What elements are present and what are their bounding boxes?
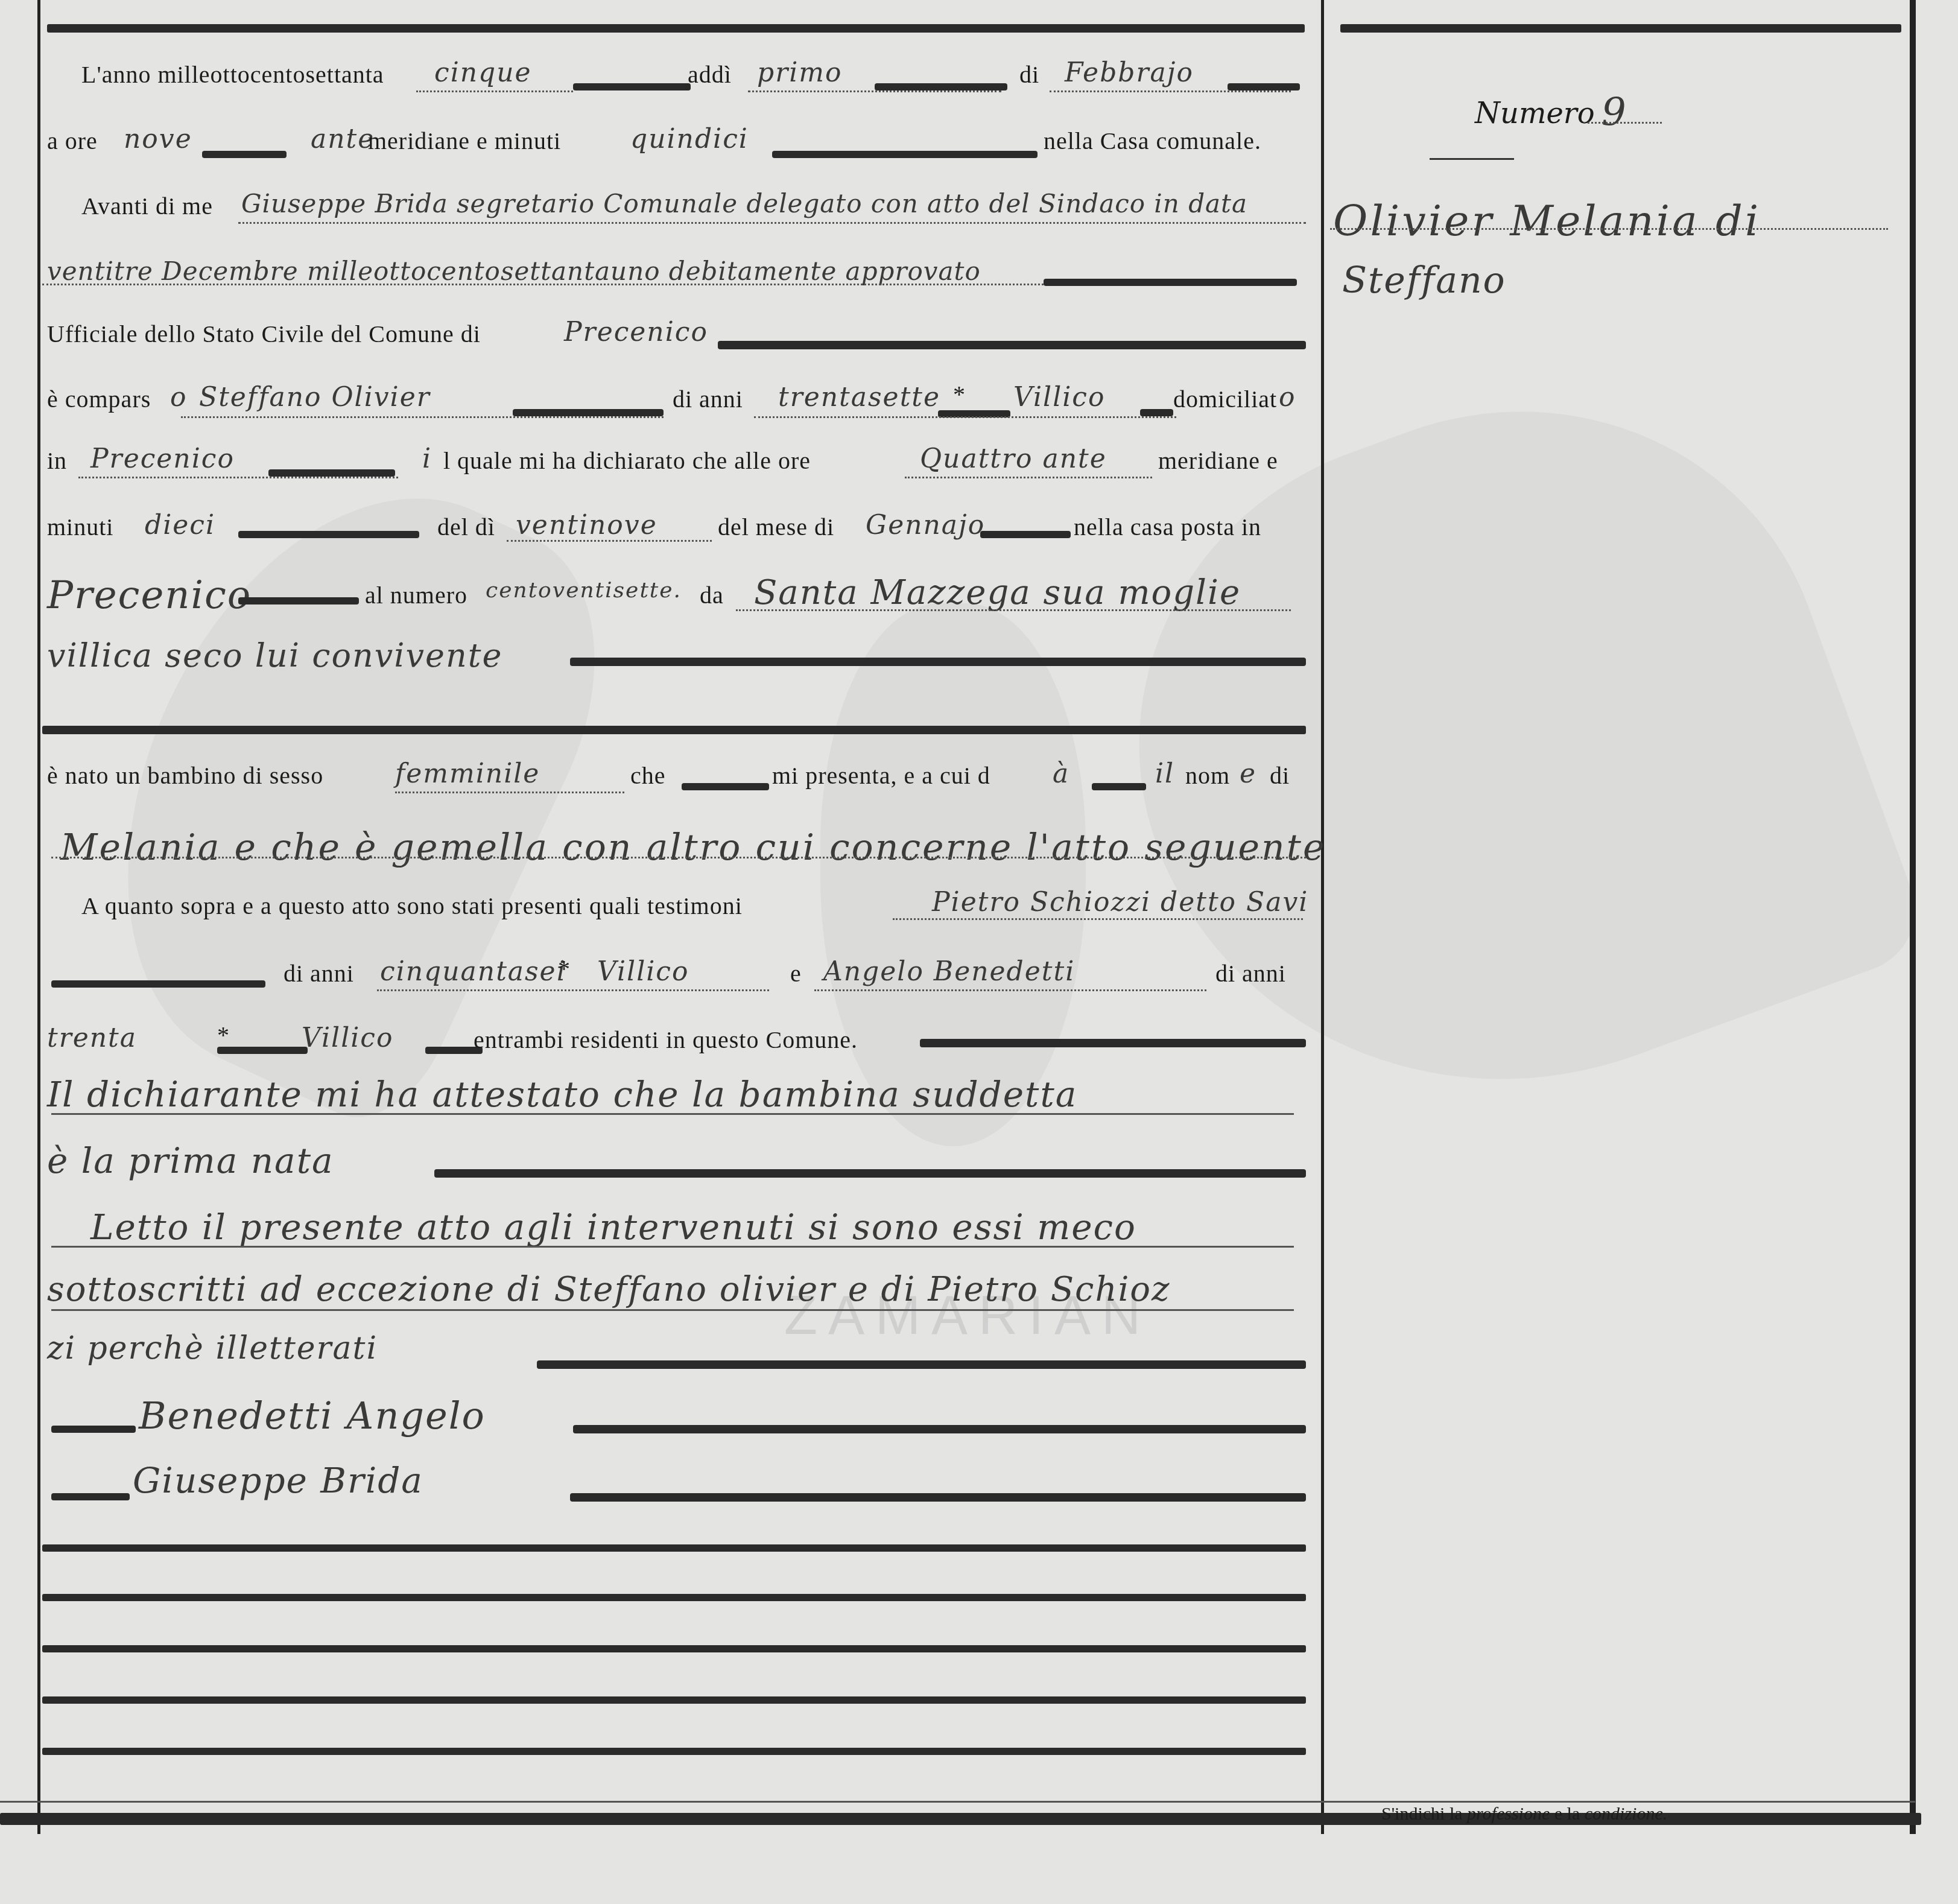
printed-entrambi: entrambi residenti in questo Comune. bbox=[474, 1026, 858, 1054]
hand-day: primo bbox=[757, 57, 842, 88]
fill-bar bbox=[1228, 83, 1300, 90]
printed-minuti: minuti bbox=[47, 513, 113, 541]
dotline bbox=[42, 284, 1044, 285]
footnote-part: e la bbox=[1554, 1804, 1580, 1824]
birth-record-page: ZAMARIAN L'anno milleottocentosettanta c… bbox=[0, 0, 1958, 1904]
hand-illetterati: zi perchè illetterati bbox=[47, 1330, 378, 1366]
hand-mother: Santa Mazzega sua moglie bbox=[754, 573, 1241, 612]
hand-year: cinque bbox=[434, 57, 532, 88]
footnote-part: S'indichi la bbox=[1381, 1804, 1463, 1824]
fill-bar bbox=[682, 783, 769, 790]
printed-addi: addì bbox=[688, 60, 732, 89]
dotline bbox=[395, 792, 624, 793]
dotline bbox=[238, 222, 1306, 224]
fill-bar bbox=[570, 1493, 1306, 1502]
hand-suffix2: o bbox=[1279, 382, 1296, 413]
numero-value: 9 bbox=[1602, 90, 1627, 135]
hand-hour: nove bbox=[124, 124, 192, 154]
hand-witness-2-age: trenta bbox=[47, 1023, 137, 1053]
fill-bar bbox=[51, 980, 265, 988]
printed-e: e bbox=[790, 959, 802, 988]
printed-di-anni-3: di anni bbox=[1215, 959, 1286, 988]
hand-sottoscritti: sottoscritti ad eccezione di Steffano ol… bbox=[47, 1270, 1171, 1309]
printed-del-mese: del mese di bbox=[718, 513, 834, 541]
fill-bar bbox=[920, 1039, 1306, 1047]
fill-bar bbox=[1140, 409, 1173, 416]
ruled-line bbox=[51, 1113, 1294, 1115]
empty-ruled-line bbox=[42, 1544, 1306, 1552]
fill-bar bbox=[1044, 279, 1297, 286]
hand-il: i bbox=[422, 443, 432, 474]
top-rule-left bbox=[47, 24, 1305, 33]
dotline bbox=[1050, 90, 1291, 92]
dotline bbox=[416, 90, 573, 92]
hand-witness-2: Angelo Benedetti bbox=[823, 956, 1075, 987]
hand-child-name-line: Melania e che è gemella con altro cui co… bbox=[60, 827, 1326, 869]
hand-suffix: o bbox=[170, 382, 188, 413]
hand-witness-1-prof: Villico bbox=[597, 956, 689, 987]
ruled-line bbox=[51, 1246, 1294, 1248]
right-border bbox=[1910, 0, 1916, 1834]
fill-bar bbox=[875, 83, 1007, 90]
dotline bbox=[51, 857, 1306, 858]
fill-bar bbox=[772, 151, 1038, 158]
printed-ufficiale: Ufficiale dello Stato Civile del Comune … bbox=[47, 320, 481, 348]
dotline bbox=[893, 918, 1303, 920]
fill-bar bbox=[202, 151, 287, 158]
dotline bbox=[736, 609, 1291, 611]
hand-birth-minutes: dieci bbox=[145, 510, 215, 541]
signature-brida: Giuseppe Brida bbox=[133, 1460, 423, 1501]
printed-che: che bbox=[630, 761, 666, 790]
left-border bbox=[37, 0, 40, 1834]
printed-di-anni-2: di anni bbox=[284, 959, 354, 988]
footnote-star: * bbox=[217, 1021, 230, 1049]
dotline bbox=[1330, 228, 1888, 230]
fill-bar bbox=[537, 1360, 1306, 1369]
profession-footnote-text: S'indichi la professione e la condizione… bbox=[1381, 1804, 1667, 1824]
hand-ante: ante bbox=[311, 124, 375, 154]
empty-ruled-line bbox=[42, 1748, 1306, 1755]
top-rule-right bbox=[1340, 24, 1901, 33]
printed-avanti-di-me: Avanti di me bbox=[81, 192, 213, 220]
hand-house-number: centoventisette. bbox=[486, 578, 682, 603]
printed-di: di bbox=[1019, 60, 1039, 89]
printed-meridiane-e: meridiane e bbox=[1158, 446, 1278, 475]
printed-domiciliat: domiciliat bbox=[1173, 385, 1277, 413]
printed-del-di: del dì bbox=[437, 513, 495, 541]
dotline bbox=[754, 416, 1176, 418]
hand-witness-2-prof: Villico bbox=[302, 1023, 393, 1053]
ornament-divider bbox=[1430, 158, 1514, 160]
fill-bar bbox=[217, 1047, 308, 1054]
hand-age: trentasette bbox=[778, 382, 940, 413]
hand-birth-day: ventinove bbox=[516, 510, 657, 541]
printed-testimoni: A quanto sopra e a questo atto sono stat… bbox=[81, 892, 743, 920]
hand-residence: Precenico bbox=[90, 443, 235, 474]
fill-bar bbox=[51, 1426, 136, 1433]
footnote-star: * bbox=[953, 380, 966, 408]
hand-birth-place: Precenico bbox=[47, 573, 252, 618]
numero-label: Numero bbox=[1475, 97, 1595, 130]
fill-bar bbox=[718, 341, 1306, 349]
footnote-part: condizione. bbox=[1585, 1804, 1667, 1824]
dotline bbox=[507, 540, 712, 542]
hand-comune: Precenico bbox=[564, 317, 708, 347]
printed-al-numero: al numero bbox=[365, 581, 467, 609]
dotline bbox=[748, 90, 1001, 92]
hand-witness-1: Pietro Schiozzi detto Savi bbox=[932, 887, 1308, 918]
printed-mi-presenta: mi presenta, e a cui d bbox=[772, 761, 990, 790]
hand-profession: Villico bbox=[1013, 382, 1105, 413]
printed-di-2: di bbox=[1270, 761, 1290, 790]
column-divider bbox=[1321, 0, 1324, 1834]
margin-name-line1: Olivier Melania di bbox=[1333, 196, 1761, 246]
fill-bar bbox=[513, 409, 664, 416]
printed-year-label: L'anno milleottocentosettanta bbox=[81, 60, 384, 89]
hand-a: à bbox=[1053, 758, 1069, 789]
hand-declarant-name: Steffano Olivier bbox=[199, 382, 431, 413]
margin-name-line2: Steffano bbox=[1342, 259, 1506, 302]
bottom-thin-rule bbox=[0, 1801, 1915, 1803]
empty-ruled-line bbox=[42, 1696, 1306, 1704]
printed-in: in bbox=[47, 446, 67, 475]
hand-birth-month: Gennajo bbox=[866, 510, 985, 541]
printed-compars: è compars bbox=[47, 385, 151, 413]
fill-bar bbox=[434, 1169, 1306, 1178]
hand-attestation: Il dichiarante mi ha attestato che la ba… bbox=[47, 1074, 1077, 1115]
printed-meridiane-minuti: meridiane e minuti bbox=[368, 127, 561, 155]
empty-ruled-line bbox=[42, 1645, 1306, 1652]
fill-bar bbox=[238, 597, 359, 605]
footnote-part: professione bbox=[1467, 1804, 1550, 1824]
printed-casa-comunale: nella Casa comunale. bbox=[1044, 127, 1261, 155]
fill-bar bbox=[573, 1425, 1306, 1433]
fill-bar bbox=[268, 469, 395, 477]
dotline bbox=[905, 477, 1152, 478]
fill-bar bbox=[238, 531, 419, 538]
hand-il-2: il bbox=[1155, 758, 1174, 789]
printed-casa-posta: nella casa posta in bbox=[1074, 513, 1261, 541]
hand-witness-1-age: cinquantasei bbox=[380, 956, 566, 987]
signature-benedetti: Benedetti Angelo bbox=[139, 1394, 486, 1438]
dotline bbox=[1583, 122, 1662, 124]
fill-bar bbox=[51, 1493, 130, 1500]
ruled-line bbox=[51, 1309, 1294, 1311]
dotline bbox=[181, 416, 664, 418]
hand-officer: Giuseppe Brida segretario Comunale deleg… bbox=[241, 189, 1247, 218]
printed-e-nato: è nato un bambino di sesso bbox=[47, 761, 323, 790]
dotline bbox=[78, 477, 398, 478]
hand-minutes: quindici bbox=[630, 124, 749, 154]
hand-letto: Letto il presente atto agli intervenuti … bbox=[90, 1207, 1136, 1248]
fill-bar bbox=[980, 531, 1071, 538]
hand-e: e bbox=[1240, 758, 1256, 789]
fill-bar bbox=[573, 83, 691, 90]
hand-month: Febbrajo bbox=[1065, 57, 1194, 88]
dotline bbox=[814, 989, 1206, 991]
hand-mother-details: villica seco lui convivente bbox=[47, 636, 502, 674]
empty-ruled-line bbox=[42, 1594, 1306, 1601]
hand-sex: femminile bbox=[395, 758, 540, 789]
hand-first-born: è la prima nata bbox=[47, 1140, 334, 1181]
fill-bar bbox=[1092, 783, 1146, 790]
fill-bar bbox=[570, 658, 1306, 666]
printed-quale-dichiarato: l quale mi ha dichiarato che alle ore bbox=[443, 446, 811, 475]
printed-di-anni: di anni bbox=[673, 385, 743, 413]
printed-da: da bbox=[700, 581, 724, 609]
hand-delegation-date: ventitre Decembre milleottocentosettanta… bbox=[47, 256, 981, 286]
watermark-shield bbox=[820, 603, 1086, 1146]
section-separator bbox=[42, 726, 1306, 734]
dotline bbox=[377, 989, 769, 991]
hand-birth-hour: Quattro ante bbox=[920, 443, 1107, 474]
printed-a-ore: a ore bbox=[47, 127, 98, 155]
printed-nom: nom bbox=[1185, 761, 1230, 790]
footnote-star: * bbox=[558, 954, 571, 983]
